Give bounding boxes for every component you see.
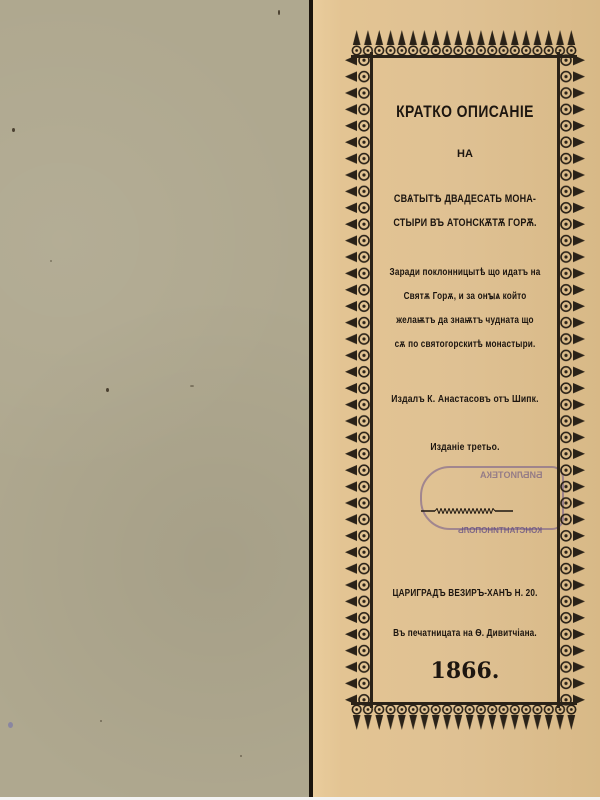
paper-speck xyxy=(106,388,109,392)
paper-speck xyxy=(190,385,194,387)
description-line: желаѭтъ да знаѭтъ чудната що xyxy=(381,309,548,333)
description-line: Святѫ Горѫ, и за онꙑѧ който xyxy=(381,285,548,309)
publisher-line: Издалъ К. Анастасовъ отъ Шипк. xyxy=(363,388,567,411)
ornamental-frame: КРАТКО ОПИСАНІЕ НА СВѦТЫТѢ ДВАДЕСАТЬ МОН… xyxy=(345,30,585,730)
subtitle-line: СТЫРИ ВЪ АТОНСКѪТѪ ГОРѪ. xyxy=(381,211,548,235)
edition-text: Изданіе третьо. xyxy=(381,436,548,459)
subtitle-line: СВѦТЫТѢ ДВАДЕСАТЬ МОНА- xyxy=(381,187,548,211)
edition-line: Изданіе третьо. xyxy=(363,436,567,459)
description-line: сѫ по святогорскитѣ монастыри. xyxy=(381,333,548,357)
paper-speck xyxy=(8,722,13,728)
paper-speck xyxy=(240,755,242,757)
paper-speck xyxy=(50,260,52,262)
description: Заради поклонницытѣ що идатъ на Святѫ Го… xyxy=(363,261,567,357)
title-conjunction: НА xyxy=(367,148,563,160)
left-endpaper xyxy=(0,0,310,800)
paper-speck xyxy=(12,128,15,132)
description-line: Заради поклонницытѣ що идатъ на xyxy=(381,261,548,285)
ornament-border-bottom xyxy=(351,702,577,730)
paper-speck xyxy=(100,720,102,722)
publisher-text: Издалъ К. Анастасовъ отъ Шипк. xyxy=(381,388,548,411)
decorative-rule xyxy=(421,508,513,514)
press-text: Въ печатницата на Ѳ. Дивитчіана. xyxy=(381,622,548,645)
press-line: Въ печатницата на Ѳ. Дивитчіана. xyxy=(363,622,567,645)
book-title: КРАТКО ОПИСАНІЕ xyxy=(385,102,546,122)
city-address-text: ЦАРИГРАДЪ ВЕЗИРЪ-ХАНЪ Н. 20. xyxy=(381,582,548,605)
city-address-line: ЦАРИГРАДЪ ВЕЗИРЪ-ХАНЪ Н. 20. xyxy=(363,582,567,605)
title-page-text-area: КРАТКО ОПИСАНІЕ НА СВѦТЫТѢ ДВАДЕСАТЬ МОН… xyxy=(367,54,563,706)
paper-speck xyxy=(278,10,280,15)
publication-year: 1866. xyxy=(367,658,563,684)
subtitle: СВѦТЫТѢ ДВАДЕСАТЬ МОНА- СТЫРИ ВЪ АТОНСКѪ… xyxy=(363,187,567,235)
